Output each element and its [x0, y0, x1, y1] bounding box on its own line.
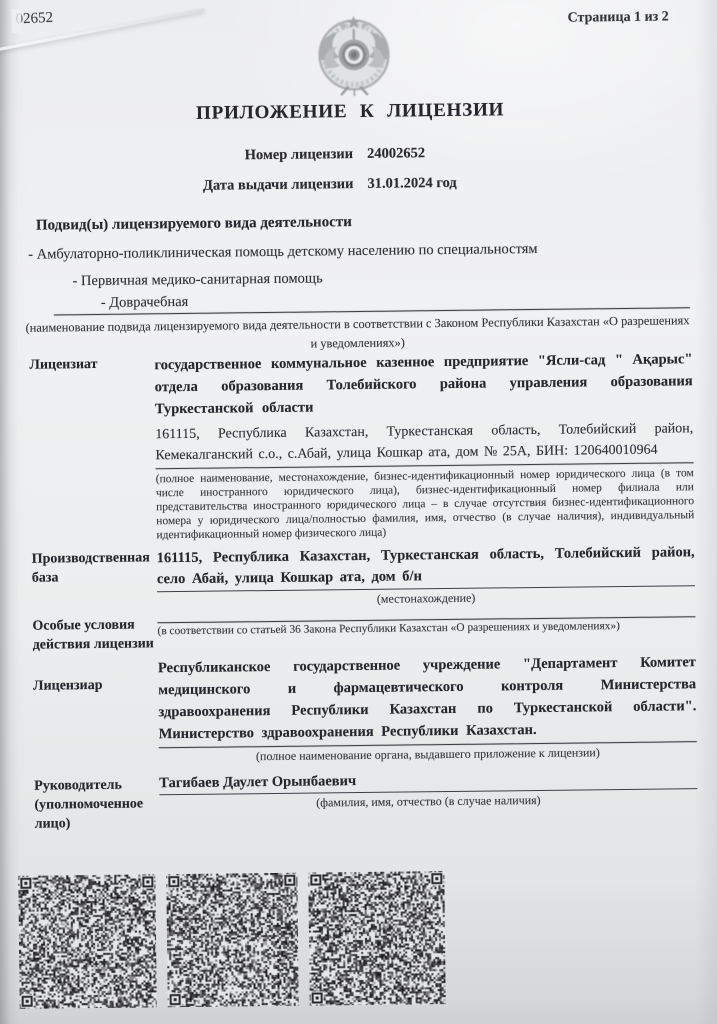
licensor-label: Лицензиар	[33, 657, 156, 766]
licensor-row: Лицензиар Республиканское государственно…	[33, 651, 697, 767]
qr-code	[166, 873, 299, 1007]
corner-number-clip	[11, 9, 21, 33]
issue-date-row: Дата выдачи лицензии 31.01.2024 год	[0, 172, 715, 197]
production-base-label: Производственная база	[32, 548, 155, 610]
subtype-item: Доврачебная	[101, 294, 189, 312]
special-conditions-label: Особые условия действия лицензии	[32, 615, 154, 654]
subtype-item: Первичная медико-санитарная помощь	[72, 270, 322, 290]
licensor-name: Республиканское государственное учрежден…	[158, 651, 697, 745]
production-base-row: Производственная база 161115, Республика…	[32, 542, 696, 611]
license-number-row: Номер лицензии 24002652	[0, 142, 714, 167]
subtypes-heading: Подвид(ы) лицензируемого вида деятельнос…	[36, 214, 352, 235]
qr-code	[18, 874, 156, 1009]
licensee-name: государственное коммунальное казенное пр…	[154, 348, 693, 420]
licensee-label: Лицензиат	[29, 354, 153, 543]
kazakhstan-coat-of-arms-icon	[305, 9, 402, 96]
license-number-label: Номер лицензии	[0, 146, 353, 167]
issue-date-label: Дата выдачи лицензии	[0, 176, 354, 197]
licensee-caption: (полное наименование, местонахождение, б…	[156, 466, 695, 542]
licensee-address: 161115, Республика Казахстан, Туркестанс…	[155, 418, 693, 466]
production-base-address: 161115, Республика Казахстан, Туркестанс…	[157, 542, 695, 592]
page-indicator: Страница 1 из 2	[567, 9, 668, 26]
licensee-row: Лицензиат государственное коммунальное к…	[29, 348, 694, 544]
scanned-license-page: 02652 Страница 1 и	[0, 0, 717, 1024]
qr-code-strip	[18, 871, 445, 1009]
qr-code	[308, 871, 446, 1006]
document: 02652 Страница 1 и	[0, 0, 717, 1024]
license-number-value: 24002652	[367, 145, 425, 163]
head-official-row: Руководитель (уполномоченное лицо) Тагиб…	[34, 769, 698, 834]
special-conditions-row: Особые условия действия лицензии (в соот…	[32, 609, 695, 655]
document-title: ПРИЛОЖЕНИЕ К ЛИЦЕНЗИИ	[0, 97, 704, 127]
head-official-label: Руководитель (уполномоченное лицо)	[34, 775, 157, 833]
form-rows: Лицензиат государственное коммунальное к…	[29, 348, 697, 833]
subtype-item: Амбулаторно-поликлиническая помощь детск…	[28, 241, 538, 264]
issue-date-value: 31.01.2024 год	[367, 175, 456, 193]
